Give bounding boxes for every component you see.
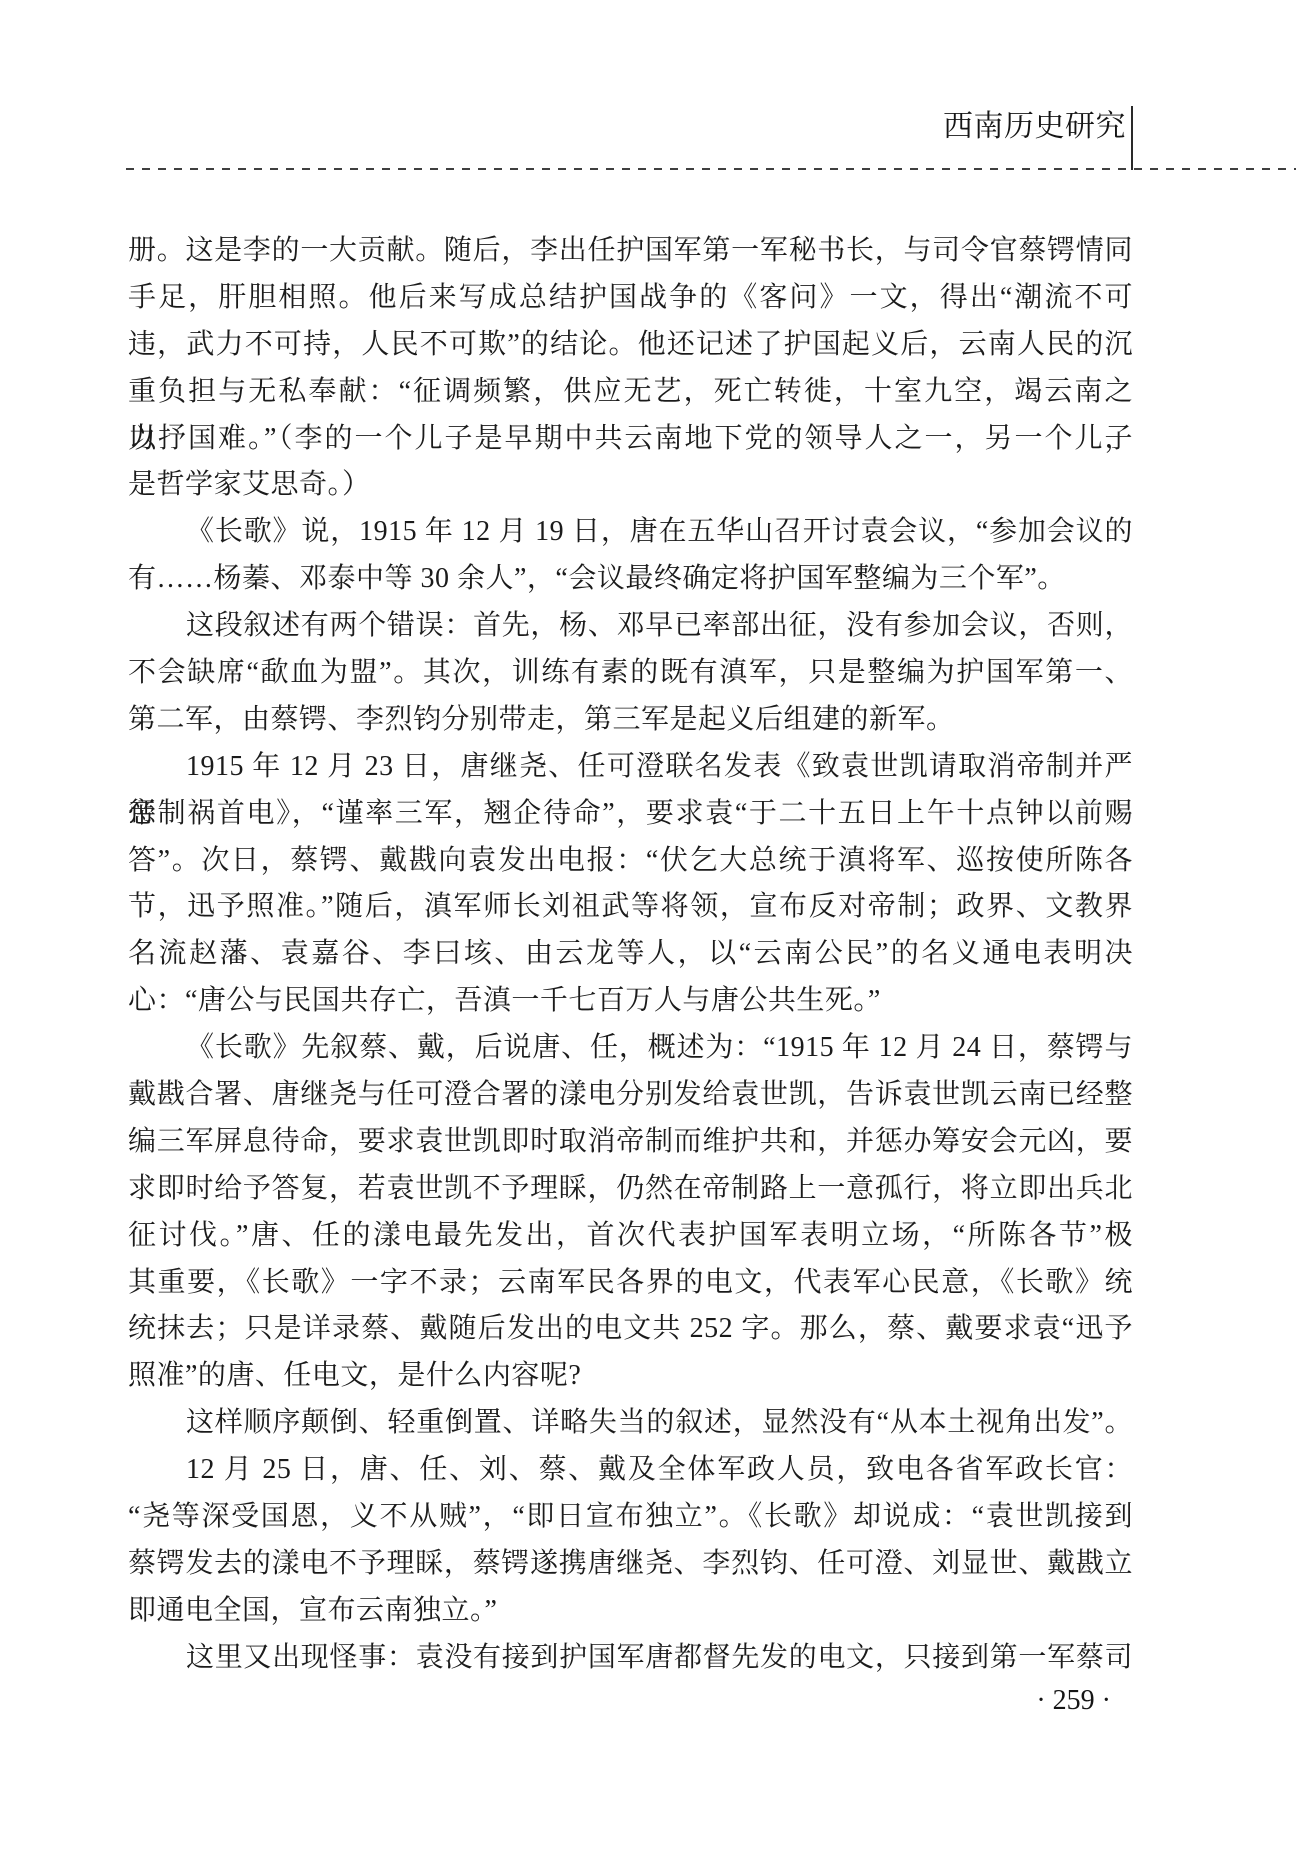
text-line: 1915 年 12 月 23 日，唐继尧、任可澄联名发表《致袁世凯请取消帝制并严…: [128, 744, 1133, 791]
header-dashed-divider: [126, 168, 1296, 170]
text-line: 手足，肝胆相照。他后来写成总结护国战争的《客问》一文，得出“潮流不可: [128, 275, 1133, 322]
text-line: 《长歌》先叙蔡、戴，后说唐、任，概述为：“1915 年 12 月 24 日，蔡锷…: [128, 1025, 1133, 1072]
text-line: 册。这是李的一大贡献。随后，李出任护国军第一军秘书长，与司令官蔡锷情同: [128, 228, 1133, 275]
page-number: · 259 ·: [128, 1684, 1133, 1718]
text-line: 12 月 25 日，唐、任、刘、蔡、戴及全体军政人员，致电各省军政长官：: [128, 1447, 1133, 1494]
text-line: 戴戡合署、唐继尧与任可澄合署的漾电分别发给袁世凯，告诉袁世凯云南已经整: [128, 1072, 1133, 1119]
text-line: 这里又出现怪事：袁没有接到护国军唐都督先发的电文，只接到第一军蔡司: [128, 1635, 1133, 1682]
text-line: 帝制祸首电》，“谨率三军，翘企待命”，要求袁“于二十五日上午十点钟以前赐: [128, 791, 1133, 838]
text-line: 这样顺序颠倒、轻重倒置、详略失当的叙述，显然没有“从本土视角出发”。: [128, 1400, 1133, 1447]
text-line: 心：“唐公与民国共存亡，吾滇一千七百万人与唐公共生死。”: [128, 978, 1133, 1025]
text-line: 即通电全国，宣布云南独立。”: [128, 1588, 1133, 1635]
text-line: “尧等深受国恩，义不从贼”，“即日宣布独立”。《长歌》却说成：“袁世凯接到: [128, 1494, 1133, 1541]
text-line: 蔡锷发去的漾电不予理睬，蔡锷遂携唐继尧、李烈钧、任可澄、刘显世、戴戡立: [128, 1541, 1133, 1588]
text-line: 名流赵藩、袁嘉谷、李曰垓、由云龙等人，以“云南公民”的名义通电表明决: [128, 931, 1133, 978]
text-line: 《长歌》说，1915 年 12 月 19 日，唐在五华山召开讨袁会议，“参加会议…: [128, 509, 1133, 556]
text-line: 有……杨蓁、邓泰中等 30 余人”，“会议最终确定将护国军整编为三个军”。: [128, 556, 1133, 603]
text-line: 第二军，由蔡锷、李烈钧分别带走，第三军是起义后组建的新军。: [128, 697, 1133, 744]
text-line: 答”。次日，蔡锷、戴戡向袁发出电报：“伏乞大总统于滇将军、巡按使所陈各: [128, 838, 1133, 885]
running-head-journal-title: 西南历史研究: [943, 112, 1126, 142]
header-vertical-rule: [1131, 106, 1133, 170]
text-line: 编三军屏息待命，要求袁世凯即时取消帝制而维护共和，并惩办筹安会元凶，要: [128, 1119, 1133, 1166]
text-line: 统抹去；只是详录蔡、戴随后发出的电文共 252 字。那么，蔡、戴要求袁“迅予: [128, 1306, 1133, 1353]
text-line: 以抒国难。”（李的一个儿子是早期中共云南地下党的领导人之一，另一个儿子: [128, 416, 1133, 463]
body-text: 册。这是李的一大贡献。随后，李出任护国军第一军秘书长，与司令官蔡锷情同 手足，肝…: [128, 228, 1133, 1682]
text-line: 照准”的唐、任电文，是什么内容呢?: [128, 1353, 1133, 1400]
text-line: 征讨伐。”唐、任的漾电最先发出，首次代表护国军表明立场，“所陈各节”极: [128, 1213, 1133, 1260]
text-line: 节，迅予照准。”随后，滇军师长刘祖武等将领，宣布反对帝制；政界、文教界: [128, 884, 1133, 931]
text-line: 是哲学家艾思奇。）: [128, 462, 1133, 509]
book-page: 西南历史研究 册。这是李的一大贡献。随后，李出任护国军第一军秘书长，与司令官蔡锷…: [0, 0, 1307, 1859]
text-line: 求即时给予答复，若袁世凯不予理睬，仍然在帝制路上一意孤行，将立即出兵北: [128, 1166, 1133, 1213]
text-line: 这段叙述有两个错误：首先，杨、邓早已率部出征，没有参加会议，否则，: [128, 603, 1133, 650]
text-line: 重负担与无私奉献：“征调频繁，供应无艺，死亡转徙，十室九空，竭云南之力，: [128, 369, 1133, 416]
text-line: 违，武力不可持，人民不可欺”的结论。他还记述了护国起义后，云南人民的沉: [128, 322, 1133, 369]
text-line: 其重要，《长歌》一字不录；云南军民各界的电文，代表军心民意，《长歌》统: [128, 1260, 1133, 1307]
text-line: 不会缺席“歃血为盟”。其次，训练有素的既有滇军，只是整编为护国军第一、: [128, 650, 1133, 697]
